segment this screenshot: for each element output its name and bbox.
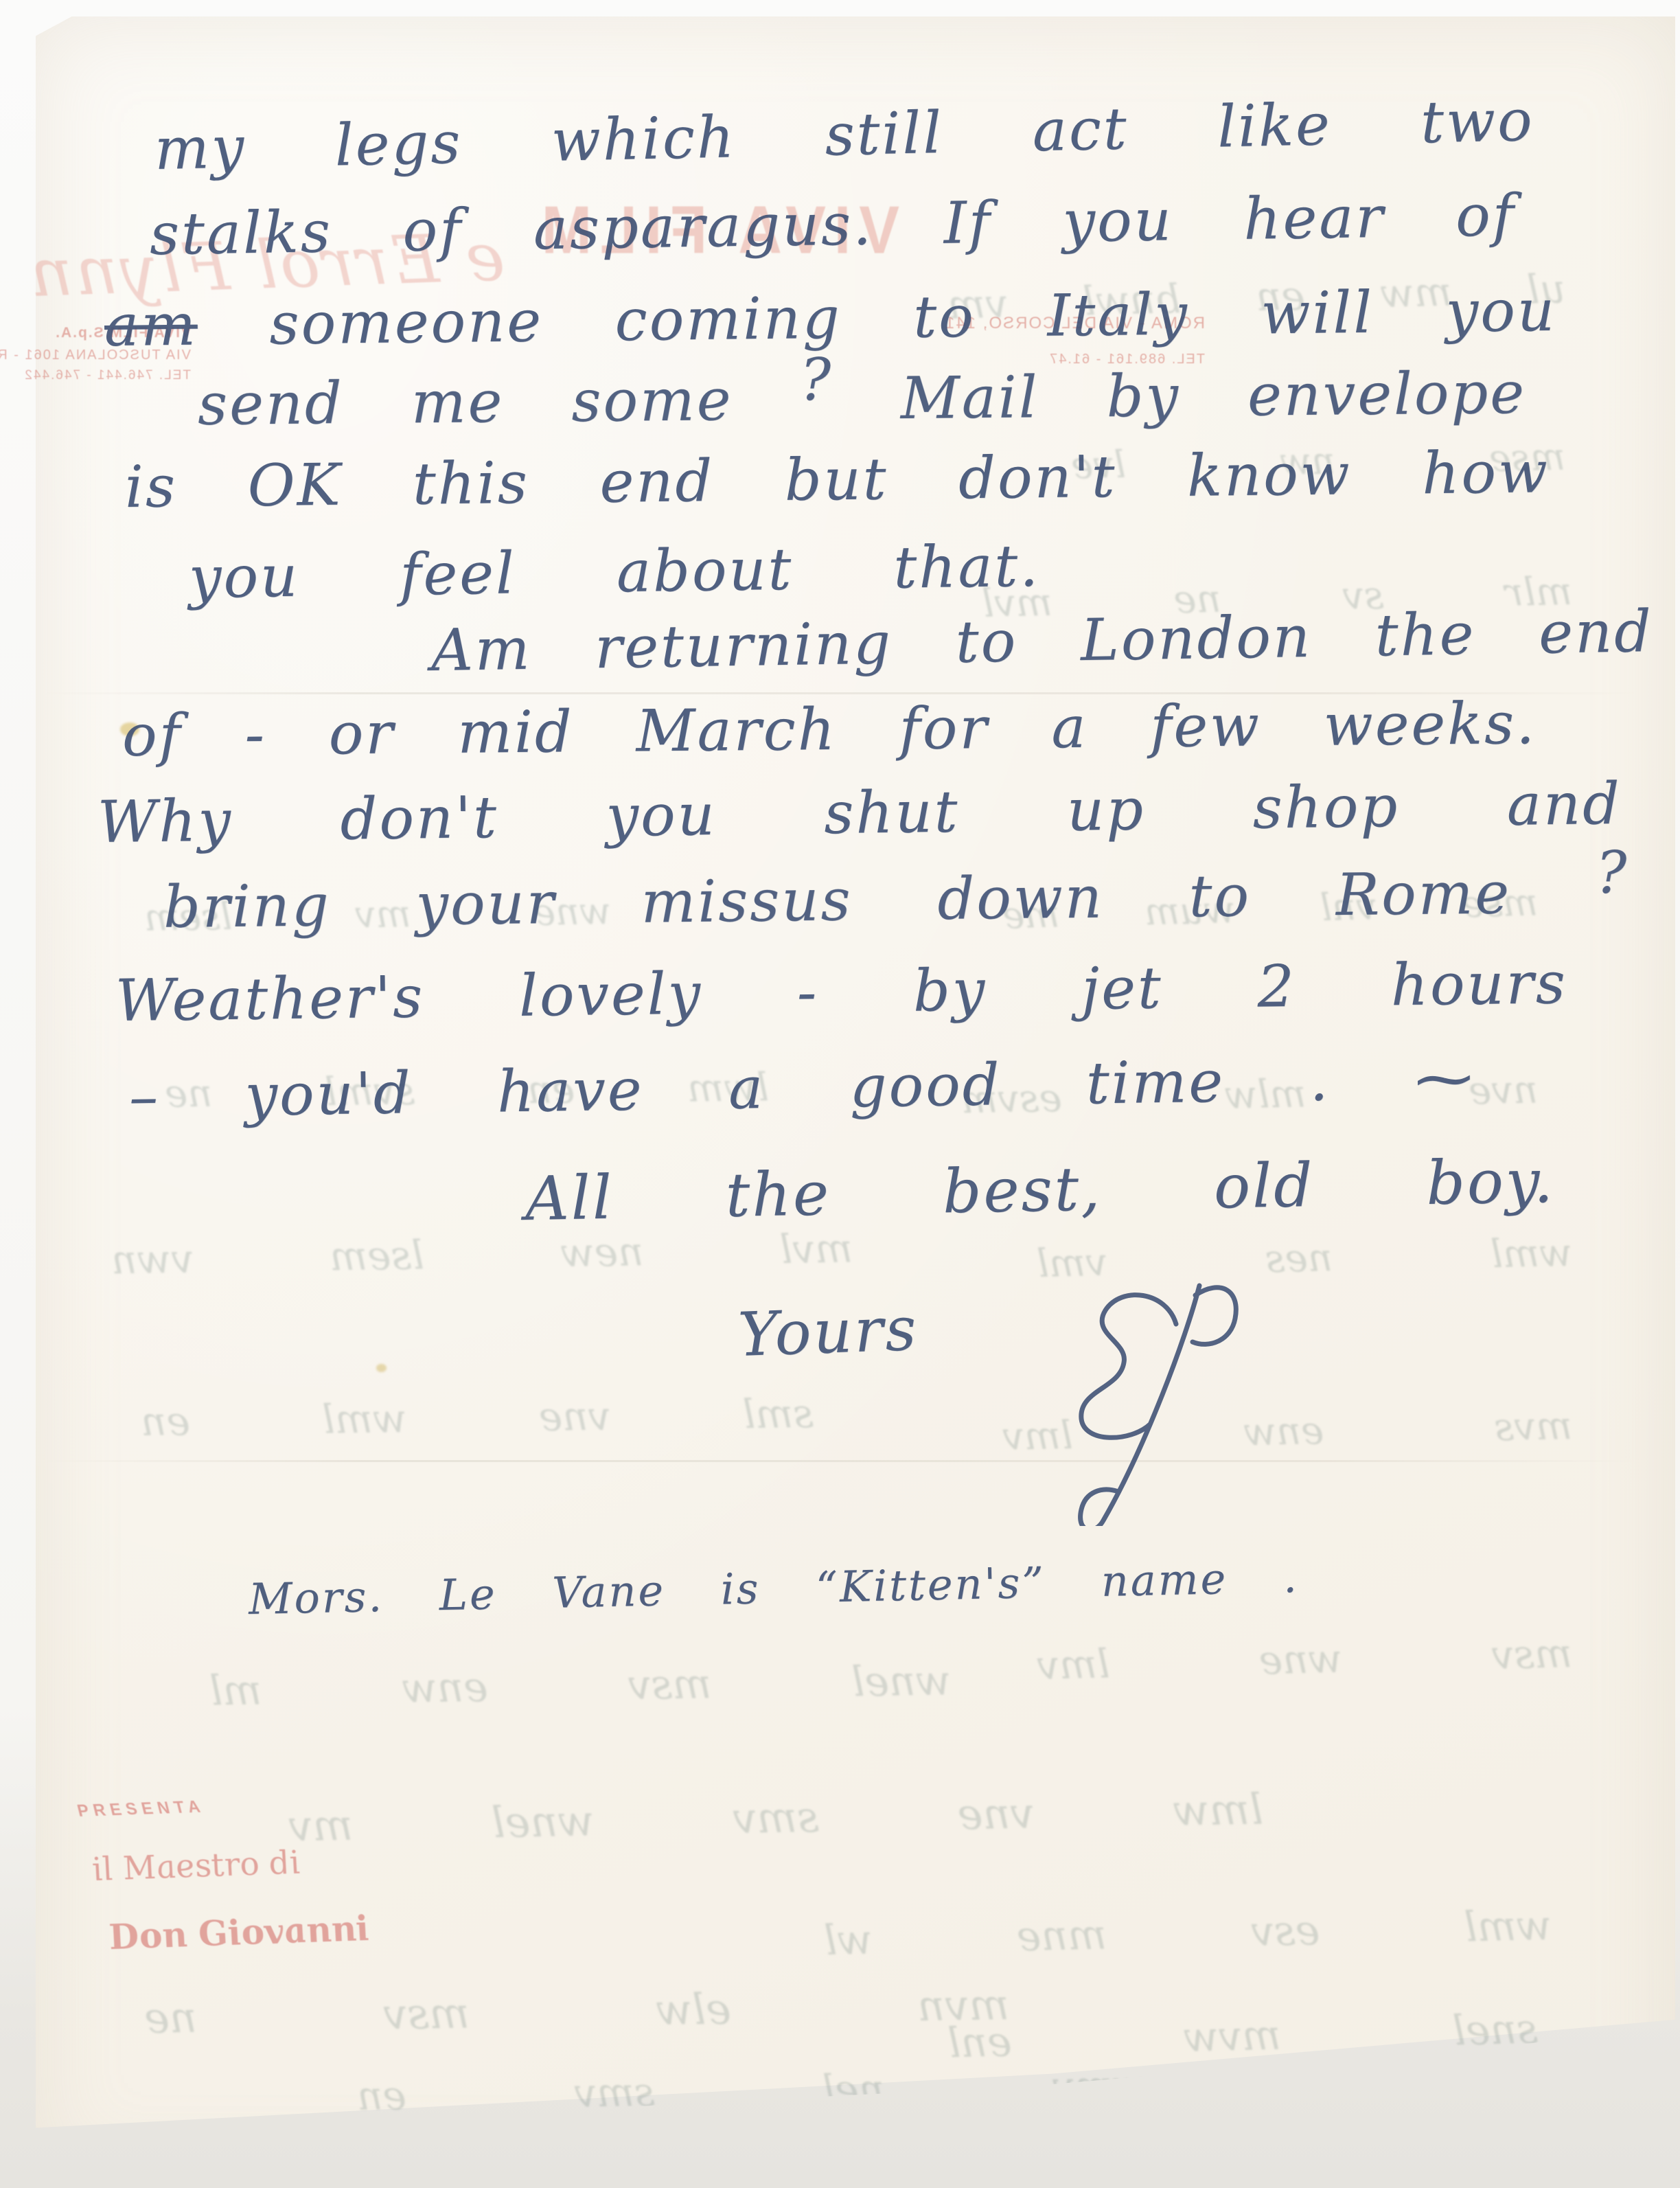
handwritten-word: Yours bbox=[737, 1293, 919, 1370]
handwritten-word: weeks. bbox=[1323, 690, 1537, 759]
handwritten-word: Vane bbox=[552, 1565, 666, 1617]
ghost-word: wl bbox=[823, 1916, 873, 1965]
bleedthrough-ghost-line-11: wnelmsvenwml bbox=[209, 1656, 952, 1715]
ghost-word: lsem bbox=[330, 1231, 425, 1279]
handwritten-word: to bbox=[1188, 862, 1251, 930]
handwritten-word: old bbox=[1213, 1150, 1315, 1222]
handwritten-word: of bbox=[402, 196, 463, 264]
handwritten-word: you bbox=[1445, 277, 1556, 345]
ghost-word: lmv bbox=[1036, 1640, 1110, 1688]
handwritten-word: you bbox=[188, 543, 299, 611]
handwritten-word: Rome bbox=[1335, 859, 1511, 928]
handwritten-word: If bbox=[943, 189, 993, 257]
handwritten-word: which bbox=[551, 103, 737, 174]
handwriting-line-body-4: isOKthisendbutdon'tknowhow bbox=[124, 438, 1550, 521]
ghost-word: smv bbox=[574, 2069, 655, 2117]
handwritten-word: Le bbox=[439, 1569, 497, 1620]
handwritten-word: but bbox=[784, 445, 888, 514]
bleedthrough-ghost-line-7: mvlnewlsemvwn bbox=[111, 1225, 853, 1284]
ghost-word: msv bbox=[628, 1660, 712, 1709]
ghost-word: mvl bbox=[779, 1225, 853, 1273]
ghost-word: elw bbox=[656, 1983, 732, 2035]
handwriting-line-closing-13: Yours bbox=[737, 1293, 919, 1370]
handwritten-word: two bbox=[1420, 87, 1534, 156]
signature-flourish bbox=[999, 1265, 1322, 1526]
handwritten-word: about bbox=[616, 536, 794, 606]
bleedthrough-ghost-line-15: mvnelwmsvne bbox=[144, 1979, 1010, 2043]
handwritten-word: asparagus. bbox=[533, 190, 873, 262]
ghost-word: vne bbox=[957, 1788, 1035, 1839]
bleedthrough-ghost-line-17: wmvnelsmven bbox=[357, 2062, 1147, 2119]
scanned-letter-page: { "document_type": "handwritten letter, … bbox=[0, 0, 1680, 2188]
ghost-word: msv bbox=[1491, 1630, 1573, 1678]
handwritten-word: you bbox=[606, 781, 717, 850]
handwritten-word: . bbox=[1282, 1552, 1299, 1602]
handwritten-word: hear bbox=[1243, 183, 1385, 253]
handwritten-word: to bbox=[955, 608, 1018, 676]
handwriting-line-body-1: stalksofasparagus.Ifyouhearof bbox=[149, 181, 1516, 268]
handwritten-word: will bbox=[1261, 279, 1374, 347]
handwritten-word: Mail bbox=[900, 363, 1039, 432]
ghost-word: en bbox=[141, 1398, 191, 1445]
handwriting-line-body-6: AmreturningtoLondontheend bbox=[430, 597, 1653, 684]
handwritten-word: stalks bbox=[149, 198, 332, 268]
handwritten-word: mid bbox=[457, 698, 574, 766]
ghost-word: mv bbox=[288, 1800, 353, 1851]
bleedthrough-ghost-line-16: snelmvwenl bbox=[947, 2005, 1538, 2068]
handwritten-word: name bbox=[1101, 1553, 1228, 1606]
handwritten-word: by bbox=[1106, 363, 1180, 431]
handwritten-word: don't bbox=[958, 443, 1117, 512]
ghost-word: msv bbox=[383, 1987, 470, 2039]
handwritten-word: this bbox=[412, 449, 529, 518]
handwritten-word: jet bbox=[1081, 954, 1163, 1022]
handwritten-word: me bbox=[411, 368, 504, 436]
handwritten-word: end bbox=[599, 447, 715, 516]
paper-stain bbox=[376, 1364, 387, 1372]
handwritten-word: few bbox=[1150, 692, 1262, 760]
ghost-word: enw bbox=[402, 1663, 488, 1713]
handwritten-word: that. bbox=[893, 532, 1041, 602]
handwritten-word: missus bbox=[641, 866, 853, 935]
handwriting-line-body-5: youfeelaboutthat. bbox=[188, 532, 1040, 611]
handwritten-word: am bbox=[104, 291, 198, 359]
ghost-word: sml bbox=[742, 1390, 814, 1437]
ghost-word: wmv bbox=[1052, 2062, 1147, 2110]
handwritten-word: and bbox=[1506, 770, 1622, 839]
handwritten-word: London bbox=[1080, 603, 1312, 674]
ghost-word: nve bbox=[1469, 1068, 1539, 1114]
ghost-word: wne bbox=[1258, 1635, 1343, 1684]
handwritten-word: feel bbox=[400, 539, 517, 608]
handwritten-word: March bbox=[636, 696, 837, 765]
fold-crease bbox=[41, 1460, 1641, 1462]
ghost-word: wnel bbox=[491, 1796, 595, 1848]
handwritten-word: a bbox=[1051, 694, 1088, 761]
handwritten-word: the bbox=[725, 1158, 831, 1231]
handwritten-word: have bbox=[496, 1056, 644, 1126]
handwritten-word: your bbox=[415, 869, 556, 938]
handwritten-word: 2 bbox=[1257, 953, 1297, 1021]
bleedthrough-ghost-line-12: msvwnelmv bbox=[1036, 1630, 1572, 1689]
handwritten-word: - bbox=[796, 958, 819, 1025]
handwritten-word: shut bbox=[824, 778, 960, 847]
handwriting-line-body-0: mylegswhichstillactliketwo bbox=[154, 87, 1535, 183]
handwritten-word: . bbox=[1309, 1047, 1331, 1114]
handwritten-word: ? bbox=[800, 346, 833, 413]
ghost-word: wml bbox=[1490, 1231, 1572, 1277]
handwritten-word: - bbox=[244, 700, 266, 768]
ghost-word: wml bbox=[1464, 1902, 1552, 1952]
letterhead-film-title-line: Don Giovanni bbox=[104, 1908, 374, 1957]
page-content: e Errol Flynn VIVA FILM VIVA FILM S.p.A.… bbox=[0, 0, 1680, 2188]
handwriting-line-postscript-14: Mors.LeVaneis“Kitten's”name. bbox=[248, 1552, 1299, 1624]
handwritten-word: by bbox=[912, 956, 987, 1024]
handwritten-word: Why bbox=[97, 787, 233, 856]
handwritten-word: Mors. bbox=[248, 1571, 384, 1624]
bleedthrough-ghost-line-14: wmlesvmnewl bbox=[823, 1902, 1552, 1965]
ghost-word: nel bbox=[822, 2065, 884, 2112]
handwritten-word: is bbox=[124, 453, 177, 521]
ghost-word: enl bbox=[947, 2018, 1012, 2067]
handwriting-line-body-9: bringyourmissusdowntoRome? bbox=[163, 858, 1629, 941]
handwritten-word: of bbox=[1455, 181, 1516, 249]
handwritten-word: how bbox=[1422, 438, 1550, 507]
handwriting-line-closing-12: Allthebest,oldboy. bbox=[525, 1146, 1556, 1234]
handwritten-word: “Kitten's” bbox=[815, 1558, 1046, 1612]
ghost-word: lmw bbox=[1173, 1784, 1264, 1836]
ghost-word: snel bbox=[1452, 2005, 1539, 2055]
handwritten-word: end bbox=[1538, 597, 1653, 667]
handwritten-word: hours bbox=[1390, 949, 1567, 1018]
handwritten-word: OK bbox=[247, 451, 343, 519]
handwritten-word: or bbox=[328, 700, 395, 768]
handwritten-word: my bbox=[154, 113, 246, 183]
ghost-word: en bbox=[357, 2072, 407, 2119]
handwritten-word: legs bbox=[334, 109, 463, 179]
ghost-word: ne bbox=[144, 1992, 198, 2043]
ghost-word: mvw bbox=[1183, 2012, 1282, 2062]
handwritten-word: still bbox=[825, 99, 944, 169]
handwritten-word: returning bbox=[594, 609, 893, 681]
ghost-word: ml bbox=[209, 1666, 262, 1715]
handwritten-word: ⁓ bbox=[1414, 1045, 1475, 1113]
handwritten-word: of bbox=[122, 701, 183, 769]
handwritten-word: boy. bbox=[1426, 1146, 1556, 1218]
handwritten-word: lovely bbox=[518, 960, 702, 1029]
handwritten-word: – bbox=[128, 1062, 160, 1130]
bleedthrough-ghost-line-13: lmwvnesmvwnelmv bbox=[288, 1784, 1263, 1851]
handwritten-word: send bbox=[198, 369, 345, 438]
ghost-word: wnel bbox=[851, 1656, 952, 1706]
handwritten-word: some bbox=[571, 366, 733, 435]
handwritten-word: you bbox=[1062, 186, 1173, 255]
handwritten-word: envelope bbox=[1247, 359, 1527, 429]
handwritten-word: best, bbox=[942, 1153, 1103, 1227]
handwritten-word: ? bbox=[1596, 839, 1629, 907]
handwritten-word: good bbox=[849, 1051, 1002, 1120]
handwritten-word: don't bbox=[340, 784, 498, 853]
ghost-word: vwn bbox=[111, 1235, 194, 1284]
handwriting-line-body-3: sendmesome?Mailbyenvelope bbox=[198, 359, 1527, 438]
handwritten-word: bring bbox=[163, 871, 331, 941]
handwritten-word: shop bbox=[1252, 773, 1400, 842]
handwritten-word: like bbox=[1217, 91, 1332, 160]
ghost-word: new bbox=[560, 1228, 643, 1276]
handwritten-word: is bbox=[720, 1563, 761, 1614]
ghost-word: smv bbox=[733, 1792, 820, 1843]
handwriting-line-body-7: of-ormidMarchforafewweeks. bbox=[122, 690, 1537, 769]
handwritten-word: act bbox=[1032, 95, 1129, 164]
handwritten-word: Weather's bbox=[115, 964, 424, 1034]
bleedthrough-ghost-line-9: smlvnewmlen bbox=[141, 1390, 814, 1445]
ghost-word: esv bbox=[1250, 1906, 1320, 1956]
handwritten-word: the bbox=[1374, 600, 1476, 669]
ghost-word: wml bbox=[322, 1395, 407, 1443]
handwriting-line-body-11: –you'dhaveagoodtime.⁓ bbox=[128, 1045, 1475, 1130]
handwritten-word: someone bbox=[269, 287, 543, 357]
handwritten-word: Am bbox=[430, 615, 532, 684]
handwritten-word: know bbox=[1187, 440, 1352, 510]
handwritten-word: for bbox=[899, 694, 989, 762]
ghost-word: mvs bbox=[1494, 1404, 1573, 1450]
handwritten-word: a bbox=[728, 1054, 765, 1122]
handwritten-word: coming bbox=[614, 284, 842, 354]
handwritten-word: to bbox=[913, 283, 976, 351]
ghost-word: mne bbox=[1016, 1911, 1107, 1961]
ghost-word: vne bbox=[538, 1393, 610, 1440]
handwritten-word: time bbox=[1085, 1048, 1225, 1117]
handwritten-word: Italy bbox=[1047, 280, 1189, 349]
handwriting-line-body-8: Whydon'tyoushutupshopand bbox=[97, 770, 1622, 856]
handwriting-line-body-10: Weather'slovely-byjet2hours bbox=[115, 949, 1567, 1034]
handwritten-word: you'd bbox=[244, 1059, 413, 1128]
handwritten-word: down bbox=[937, 864, 1104, 933]
letterhead-address-left-line: TEL. 746.441 - 746.442 bbox=[23, 365, 191, 386]
handwritten-word: All bbox=[525, 1162, 614, 1234]
handwritten-word: up bbox=[1066, 775, 1145, 843]
